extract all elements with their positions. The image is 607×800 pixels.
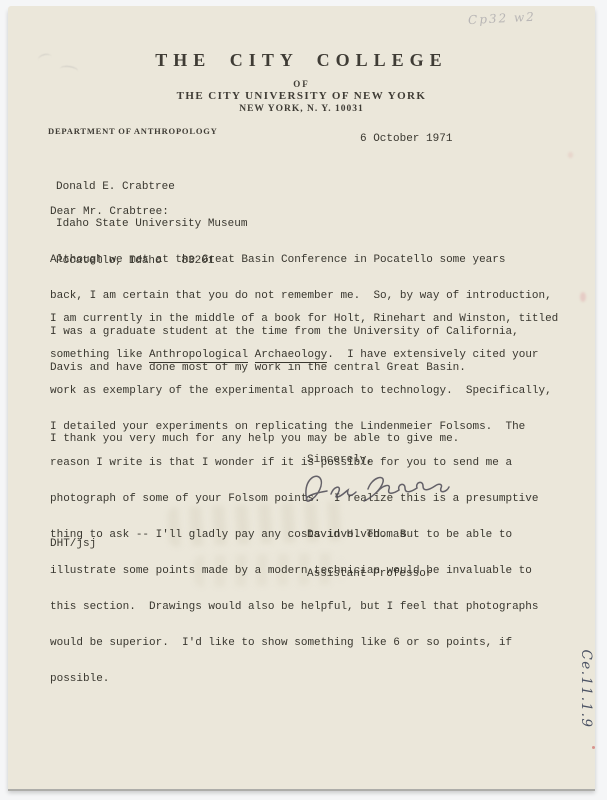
- underlined-book-title: Archaeology: [255, 349, 328, 363]
- recipient-line: Idaho State University Museum: [56, 218, 247, 230]
- letterhead-university: THE CITY UNIVERSITY OF NEW YORK: [8, 90, 595, 102]
- closing-line: I thank you very much for any help you m…: [50, 433, 459, 445]
- body-line: work as exemplary of the experimental ap…: [50, 385, 558, 397]
- signer-block: David H. Thomas Assistant Professor: [307, 503, 432, 594]
- underlined-book-title: Anthropological: [149, 349, 248, 363]
- signer-name: David H. Thomas: [307, 529, 432, 542]
- body-text: something like: [50, 349, 149, 361]
- body-line: Although we met at the Great Basin Confe…: [50, 254, 552, 266]
- recipient-line: Donald E. Crabtree: [56, 181, 247, 193]
- signer-title: Assistant Professor: [307, 568, 432, 581]
- body-line: I am currently in the middle of a book f…: [50, 313, 558, 325]
- body-line: would be superior. I'd like to show some…: [50, 637, 558, 649]
- body-line: thing to ask -- I'll gladly pay any cost…: [50, 529, 558, 541]
- letterhead-address: NEW YORK, N. Y. 10031: [8, 104, 595, 114]
- catalog-number-annotation: Ce.11.1.9: [576, 641, 594, 737]
- body-text: [248, 349, 255, 361]
- letterhead-of: OF: [8, 79, 595, 89]
- paper-speck: [580, 292, 586, 302]
- letterhead-department: DEPARTMENT OF ANTHROPOLOGY: [48, 126, 218, 136]
- body-line-with-underline: something like Anthropological Archaeolo…: [50, 349, 558, 361]
- paper-speck: [568, 152, 573, 158]
- letter-date: 6 October 1971: [360, 133, 452, 145]
- body-line: I detailed your experiments on replicati…: [50, 421, 558, 433]
- body-text: . I have extensively cited your: [327, 349, 538, 361]
- salutation: Dear Mr. Crabtree:: [50, 206, 169, 218]
- typist-initials: DHT/jsj: [50, 538, 96, 550]
- body-line: possible.: [50, 673, 558, 685]
- body-line: illustrate some points made by a modern …: [50, 565, 558, 577]
- body-line: reason I write is that I wonder if it is…: [50, 457, 558, 469]
- body-line: this section. Drawings would also be hel…: [50, 601, 558, 613]
- letterhead-title: THE CITY COLLEGE: [8, 50, 595, 71]
- valediction: Sincerely,: [307, 454, 373, 466]
- paper-speck: [592, 746, 595, 749]
